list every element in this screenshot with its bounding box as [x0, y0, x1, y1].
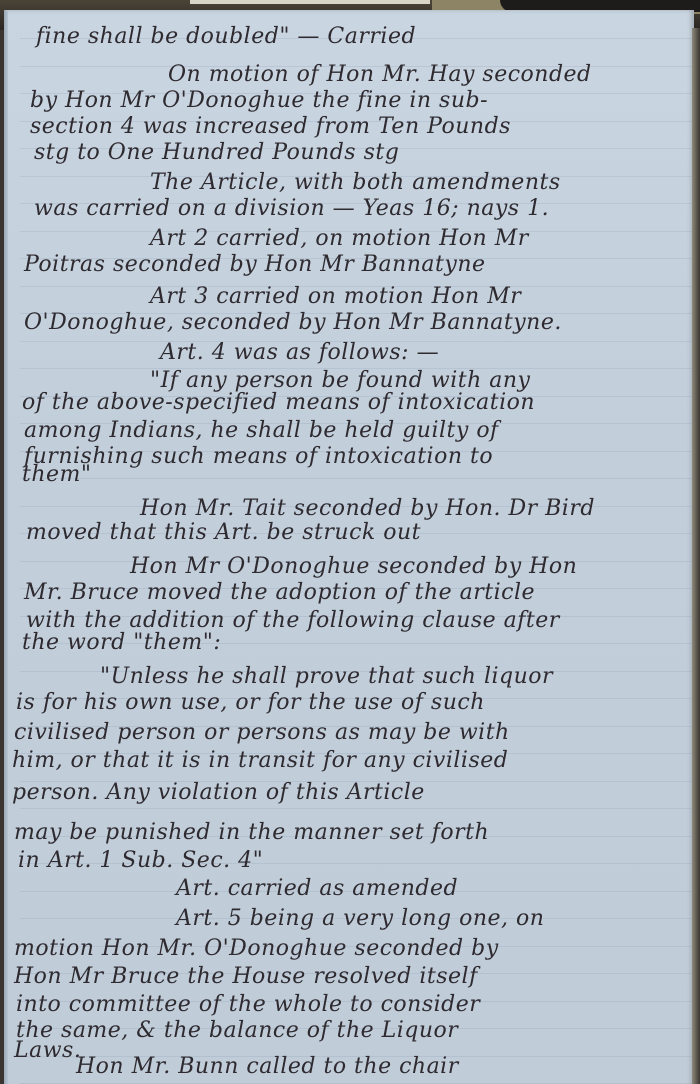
- handwritten-line: fine shall be doubled" — Carried: [36, 24, 416, 49]
- background-paper-edge: [190, 0, 430, 4]
- handwritten-line: motion Hon Mr. O'Donoghue seconded by: [14, 936, 499, 961]
- page-binding-edge: [4, 10, 8, 1084]
- handwritten-line: Art 3 carried on motion Hon Mr: [150, 284, 521, 309]
- handwritten-line: Hon Mr Bruce the House resolved itself: [14, 964, 478, 989]
- handwritten-line: Art. 4 was as follows: —: [160, 340, 439, 365]
- handwritten-line: among Indians, he shall be held guilty o…: [24, 418, 499, 443]
- handwritten-line: person. Any violation of this Article: [12, 780, 425, 805]
- handwritten-line: Hon Mr O'Donoghue seconded by Hon: [130, 554, 577, 579]
- handwritten-line: Art. 5 being a very long one, on: [176, 906, 544, 931]
- handwritten-line: by Hon Mr O'Donoghue the fine in sub-: [30, 88, 488, 113]
- handwritten-line: may be punished in the manner set forth: [14, 820, 489, 845]
- handwritten-line: Hon Mr. Bunn called to the chair: [76, 1054, 459, 1079]
- handwritten-line: On motion of Hon Mr. Hay seconded: [168, 62, 592, 87]
- page-right-edge: [692, 28, 700, 1084]
- handwritten-line: moved that this Art. be struck out: [26, 520, 421, 545]
- handwritten-line: Laws.: [14, 1038, 81, 1063]
- handwritten-line: Poitras seconded by Hon Mr Bannatyne: [24, 252, 486, 277]
- handwritten-line: stg to One Hundred Pounds stg: [34, 140, 399, 165]
- handwritten-line: is for his own use, or for the use of su…: [16, 690, 485, 715]
- handwritten-line: Mr. Bruce moved the adoption of the arti…: [24, 580, 535, 605]
- handwritten-line: the word "them":: [22, 630, 221, 655]
- handwritten-line: in Art. 1 Sub. Sec. 4": [18, 848, 263, 873]
- handwritten-line: was carried on a division — Yeas 16; nay…: [34, 196, 549, 221]
- handwritten-line: O'Donoghue, seconded by Hon Mr Bannatyne…: [24, 310, 562, 335]
- handwritten-line: Art 2 carried, on motion Hon Mr: [150, 226, 529, 251]
- handwritten-line: furnishing such means of intoxication to: [24, 444, 493, 469]
- handwritten-line: Hon Mr. Tait seconded by Hon. Dr Bird: [140, 496, 595, 521]
- handwritten-line: of the above-specified means of intoxica…: [22, 390, 535, 415]
- handwritten-line: section 4 was increased from Ten Pounds: [30, 114, 511, 139]
- ruled-line: [20, 478, 692, 479]
- handwritten-line: into committee of the whole to consider: [16, 992, 480, 1017]
- handwritten-line: him, or that it is in transit for any ci…: [12, 748, 508, 773]
- handwritten-line: The Article, with both amendments: [150, 170, 561, 195]
- handwritten-line: "Unless he shall prove that such liquor: [100, 664, 553, 689]
- ruled-line: [20, 808, 692, 809]
- handwritten-line: the same, & the balance of the Liquor: [16, 1018, 458, 1043]
- handwritten-line: Art. carried as amended: [176, 876, 458, 901]
- handwritten-line: them": [22, 462, 92, 487]
- handwritten-line: civilised person or persons as may be wi…: [14, 720, 510, 745]
